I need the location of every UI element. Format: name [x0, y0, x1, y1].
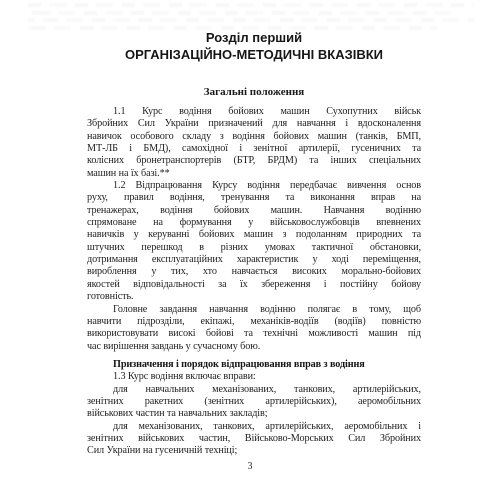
- body-line: для навчальних механізованих, танкових, …: [87, 384, 421, 396]
- body-line: дотримання експлуатаційних характеристик…: [87, 254, 421, 266]
- body-line: 1.1 Курс водіння бойових машин Сухопутни…: [87, 106, 421, 118]
- body-line: 1.3 Курс водіння включає вправи:: [87, 371, 421, 383]
- body-line: руху, правил водіння, тренування та вико…: [87, 192, 421, 204]
- body-line: навчити підрозділи, екіпажі, механіків-в…: [87, 316, 421, 328]
- body-line: колісних бронетранспортерів (БТР, БРДМ) …: [87, 155, 421, 167]
- body-line: військових частин та навчальних закладів…: [87, 408, 421, 420]
- body-line: готовність.: [87, 291, 421, 303]
- sub-heading-line: Призначення і порядок відпрацювання впра…: [87, 359, 421, 371]
- body-line: машин на їх базі.**: [87, 168, 421, 180]
- body-line: Сил України на гусеничній техніці;: [87, 445, 421, 457]
- bleed-line: [28, 3, 474, 7]
- chapter-label: Розділ перший: [87, 30, 421, 47]
- scanned-document-page: Розділ перший ОРГАНІЗАЦІЙНО-МЕТОДИЧНІ ВК…: [0, 0, 500, 500]
- body-line: зенітних ракетних (зенітних артилерійськ…: [87, 396, 421, 408]
- body-line: спрямоване на формування у військовослуж…: [87, 217, 421, 229]
- chapter-title: ОРГАНІЗАЦІЙНО-МЕТОДИЧНІ ВКАЗІВКИ: [87, 47, 421, 64]
- body-line: Збройних Сил України призначений для нав…: [87, 118, 421, 130]
- body-line: штучних перешкод в різних умовах тактичн…: [87, 242, 421, 254]
- bleed-line: [28, 11, 456, 15]
- section-heading: Загальні положення: [87, 86, 421, 98]
- chapter-heading: Розділ перший ОРГАНІЗАЦІЙНО-МЕТОДИЧНІ ВК…: [87, 30, 421, 63]
- body-line: МТ-ЛБ і БМД), самохідної і зенітної арти…: [87, 143, 421, 155]
- bleed-line: [28, 26, 438, 30]
- bleed-line: [28, 18, 474, 22]
- body-line: вироблення у тих, хто навчається високих…: [87, 266, 421, 278]
- body-line: Головне завдання навчання водінню поляга…: [87, 304, 421, 316]
- body-line: використовувати високі бойові та технічн…: [87, 328, 421, 340]
- body-line: для механізованих, танкових, артилерійсь…: [87, 421, 421, 433]
- body-line: якостей відповідальності за їх збереженн…: [87, 279, 421, 291]
- page-number: 3: [0, 461, 500, 472]
- body-line: зенітних військових частин, Військово-Мо…: [87, 433, 421, 445]
- body-line: навичок особового складу з водіння бойов…: [87, 131, 421, 143]
- body-line: навичків у керуванні бойових машин з под…: [87, 229, 421, 241]
- body-text: 1.1 Курс водіння бойових машин Сухопутни…: [87, 106, 421, 458]
- body-line: тренажерах, водіння бойових машин. Навча…: [87, 205, 421, 217]
- body-line: час вирішення завдань у сучасному бою.: [87, 341, 421, 353]
- body-line: 1.2 Відпрацювання Курсу водіння передбач…: [87, 180, 421, 192]
